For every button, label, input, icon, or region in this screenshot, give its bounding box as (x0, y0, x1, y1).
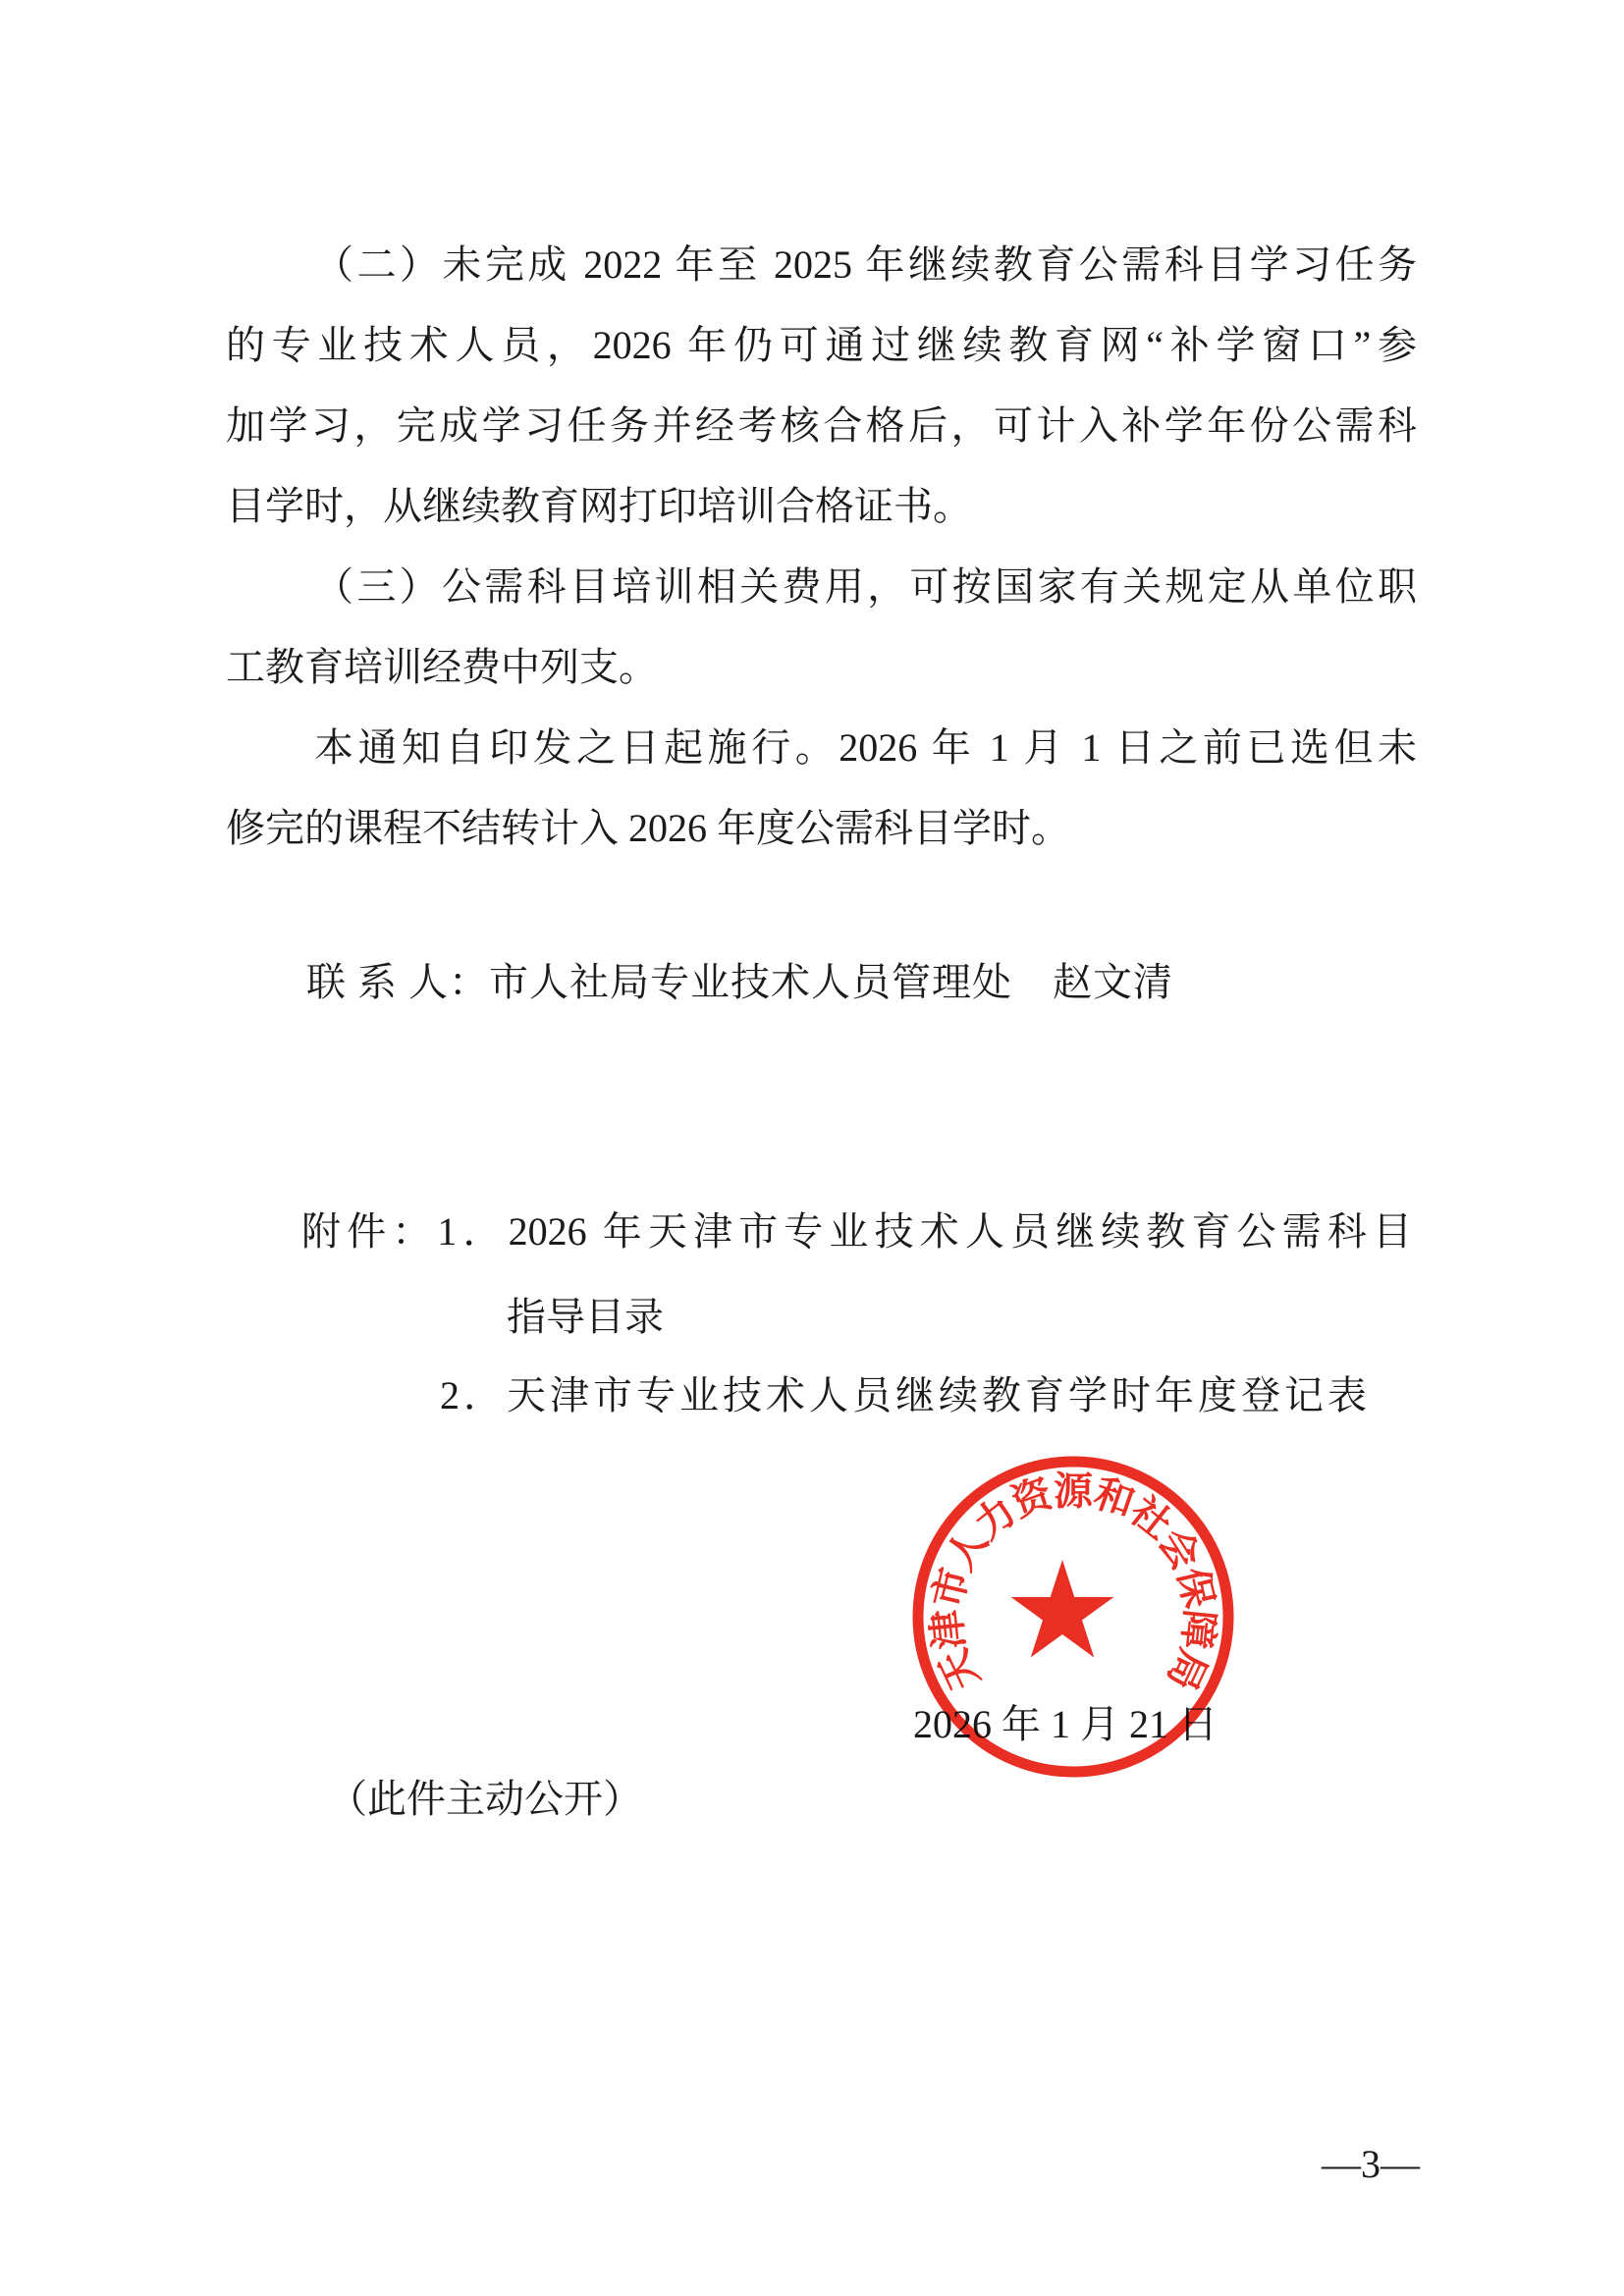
attachment-line-3: 2．天津市专业技术人员继续教育学时年度登记表 (440, 1356, 1371, 1436)
official-seal: 天津市人力资源和社会保障局 (905, 1449, 1241, 1785)
body-text: （二）未完成 2022 年至 2025 年继续教育公需科目学习任务 的专业技术人… (226, 225, 1417, 869)
seal-text-char: 津 (924, 1608, 972, 1651)
body-line: （三）公需科目培训相关费用，可按国家有关规定从单位职 (226, 547, 1417, 627)
body-line: 修完的课程不结转计入 2026 年度公需科目学时。 (226, 788, 1417, 869)
attachment-line-1: 附件：1．2026 年天津市专业技术人员继续教育公需科目 (301, 1192, 1412, 1272)
body-line: 本通知自印发之日起施行。2026 年 1 月 1 日之前已选但未 (226, 708, 1417, 788)
body-line: 目学时，从继续教育网打印培训合格证书。 (226, 466, 1417, 547)
seal-text-char: 源 (1054, 1469, 1094, 1514)
body-line: 工教育培训经费中列支。 (226, 627, 1417, 708)
red-star-icon (1011, 1560, 1114, 1658)
contact-person-line: 联 系 人：市人社局专业技术人员管理处 赵文清 (306, 942, 1173, 1023)
body-line: 加学习，完成学习任务并经考核合格后，可计入补学年份公需科 (226, 386, 1417, 466)
body-line: 的专业技术人员，2026 年仍可通过继续教育网“补学窗口”参 (226, 305, 1417, 386)
page-number: —3— (1322, 2124, 1420, 2205)
document-page: （二）未完成 2022 年至 2025 年继续教育公需科目学习任务 的专业技术人… (0, 0, 1624, 2296)
body-line: （二）未完成 2022 年至 2025 年继续教育公需科目学习任务 (226, 225, 1417, 305)
publicity-note: （此件主动公开） (328, 1759, 642, 1840)
attachment-line-2: 指导目录 (507, 1277, 664, 1358)
